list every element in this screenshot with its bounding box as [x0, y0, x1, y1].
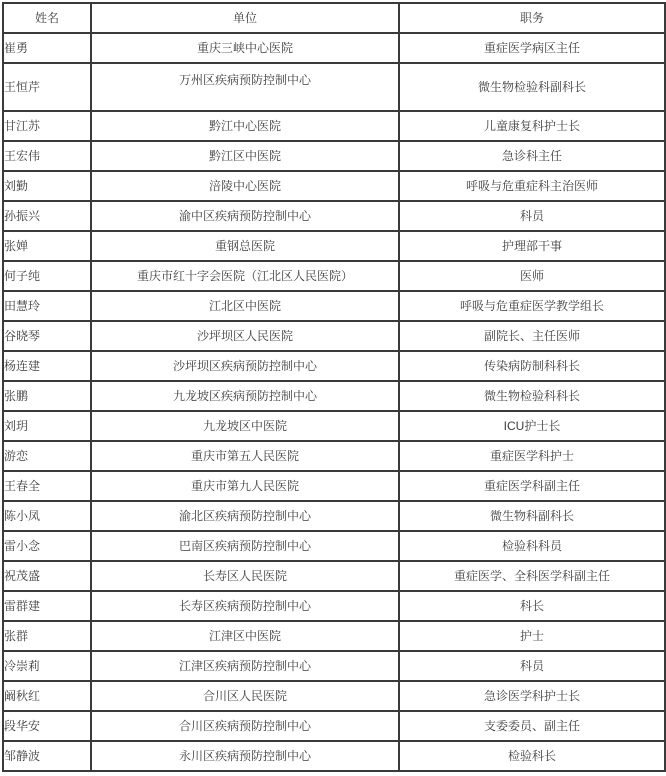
person-title-cell: 重症医学科副主任	[399, 471, 665, 501]
table-row: 刘玥 九龙坡区中医院 ICU护士长	[3, 411, 665, 441]
person-title-cell: 科员	[399, 201, 665, 231]
table-row: 田慧玲 江北区中医院 呼吸与危重症医学教学组长	[3, 291, 665, 321]
table-row: 段华安 合川区疾病预防控制中心 支委委员、副主任	[3, 711, 665, 741]
person-unit-cell: 九龙坡区疾病预防控制中心	[91, 381, 399, 411]
table-row: 刘勤 涪陵中心医院 呼吸与危重症科主治医师	[3, 171, 665, 201]
table-row: 谷晓琴 沙坪坝区人民医院 副院长、主任医师	[3, 321, 665, 351]
person-title-cell: 检验科科员	[399, 531, 665, 561]
person-unit-cell: 巴南区疾病预防控制中心	[91, 531, 399, 561]
person-name-cell: 刘玥	[3, 411, 91, 441]
person-unit-cell: 黔江区中医院	[91, 141, 399, 171]
table-row: 王恒芹 万州区疾病预防控制中心 微生物检验科副科长	[3, 63, 665, 111]
person-name-cell: 阚秋红	[3, 681, 91, 711]
person-unit-cell: 长寿区人民医院	[91, 561, 399, 591]
table-row: 冷崇莉 江津区疾病预防控制中心 科员	[3, 651, 665, 681]
person-name-cell: 田慧玲	[3, 291, 91, 321]
person-title-cell: 微生物检验科副科长	[399, 63, 665, 111]
table-row: 甘江苏 黔江中心医院 儿童康复科护士长	[3, 111, 665, 141]
person-unit-cell: 重庆市第九人民医院	[91, 471, 399, 501]
person-unit-cell: 江津区疾病预防控制中心	[91, 651, 399, 681]
person-name-cell: 杨连建	[3, 351, 91, 381]
person-title-cell: 急诊科主任	[399, 141, 665, 171]
person-title-cell: 微生物科副科长	[399, 501, 665, 531]
person-unit-cell: 长寿区疾病预防控制中心	[91, 591, 399, 621]
person-title-cell: 重症医学、全科医学科副主任	[399, 561, 665, 591]
table-header: 姓名 单位 职务	[3, 3, 665, 33]
person-name-cell: 何子纯	[3, 261, 91, 291]
person-unit-cell: 万州区疾病预防控制中心	[91, 63, 399, 111]
person-unit-cell: 重钢总医院	[91, 231, 399, 261]
person-unit-cell: 九龙坡区中医院	[91, 411, 399, 441]
table-row: 孙振兴 渝中区疾病预防控制中心 科员	[3, 201, 665, 231]
person-title-cell: 重症医学病区主任	[399, 33, 665, 63]
person-unit-cell: 渝北区疾病预防控制中心	[91, 501, 399, 531]
person-unit-cell: 江北区中医院	[91, 291, 399, 321]
person-name-cell: 游恋	[3, 441, 91, 471]
personnel-table: 姓名 单位 职务 崔勇 重庆三峡中心医院 重症医学病区主任 王恒芹 万州区疾病预…	[2, 2, 666, 772]
person-name-cell: 崔勇	[3, 33, 91, 63]
table-row: 祝茂盛 长寿区人民医院 重症医学、全科医学科副主任	[3, 561, 665, 591]
person-name-cell: 邹静波	[3, 741, 91, 771]
person-name-cell: 刘勤	[3, 171, 91, 201]
person-unit-cell: 涪陵中心医院	[91, 171, 399, 201]
person-title-cell: 呼吸与危重症科主治医师	[399, 171, 665, 201]
table-row: 王宏伟 黔江区中医院 急诊科主任	[3, 141, 665, 171]
person-title-cell: 急诊医学科护士长	[399, 681, 665, 711]
person-name-cell: 张群	[3, 621, 91, 651]
person-title-cell: 儿童康复科护士长	[399, 111, 665, 141]
table-row: 何子纯 重庆市红十字会医院（江北区人民医院） 医师	[3, 261, 665, 291]
person-name-cell: 谷晓琴	[3, 321, 91, 351]
column-header-title: 职务	[399, 3, 665, 33]
person-title-cell: 医师	[399, 261, 665, 291]
person-unit-cell: 江津区中医院	[91, 621, 399, 651]
person-title-cell: 传染病防制科科长	[399, 351, 665, 381]
table-row: 陈小凤 渝北区疾病预防控制中心 微生物科副科长	[3, 501, 665, 531]
person-title-cell: 副院长、主任医师	[399, 321, 665, 351]
person-name-cell: 孙振兴	[3, 201, 91, 231]
table-row: 游恋 重庆市第五人民医院 重症医学科护士	[3, 441, 665, 471]
person-title-cell: 呼吸与危重症医学教学组长	[399, 291, 665, 321]
person-name-cell: 张鹏	[3, 381, 91, 411]
person-title-cell: 护士	[399, 621, 665, 651]
person-unit-cell: 沙坪坝区疾病预防控制中心	[91, 351, 399, 381]
person-title-cell: 科员	[399, 651, 665, 681]
person-unit-cell: 重庆市红十字会医院（江北区人民医院）	[91, 261, 399, 291]
person-name-cell: 甘江苏	[3, 111, 91, 141]
table-row: 雷群建 长寿区疾病预防控制中心 科长	[3, 591, 665, 621]
person-name-cell: 雷群建	[3, 591, 91, 621]
person-unit-cell: 渝中区疾病预防控制中心	[91, 201, 399, 231]
person-name-cell: 王宏伟	[3, 141, 91, 171]
person-name-cell: 段华安	[3, 711, 91, 741]
person-unit-cell: 沙坪坝区人民医院	[91, 321, 399, 351]
table-row: 张鹏 九龙坡区疾病预防控制中心 微生物检验科科长	[3, 381, 665, 411]
table-row: 张婵 重钢总医院 护理部干事	[3, 231, 665, 261]
person-title-cell: 护理部干事	[399, 231, 665, 261]
table-row: 杨连建 沙坪坝区疾病预防控制中心 传染病防制科科长	[3, 351, 665, 381]
person-unit-cell: 永川区疾病预防控制中心	[91, 741, 399, 771]
person-unit-cell: 重庆市第五人民医院	[91, 441, 399, 471]
person-unit-cell: 合川区疾病预防控制中心	[91, 711, 399, 741]
table-row: 雷小念 巴南区疾病预防控制中心 检验科科员	[3, 531, 665, 561]
person-title-cell: 支委委员、副主任	[399, 711, 665, 741]
person-name-cell: 冷崇莉	[3, 651, 91, 681]
table-row: 崔勇 重庆三峡中心医院 重症医学病区主任	[3, 33, 665, 63]
person-title-cell: 检验科长	[399, 741, 665, 771]
column-header-unit: 单位	[91, 3, 399, 33]
person-name-cell: 祝茂盛	[3, 561, 91, 591]
table-row: 王春全 重庆市第九人民医院 重症医学科副主任	[3, 471, 665, 501]
table-body: 崔勇 重庆三峡中心医院 重症医学病区主任 王恒芹 万州区疾病预防控制中心 微生物…	[3, 33, 665, 771]
person-title-cell: ICU护士长	[399, 411, 665, 441]
header-row: 姓名 单位 职务	[3, 3, 665, 33]
person-title-cell: 科长	[399, 591, 665, 621]
person-name-cell: 王恒芹	[3, 63, 91, 111]
column-header-name: 姓名	[3, 3, 91, 33]
person-title-cell: 微生物检验科科长	[399, 381, 665, 411]
person-title-cell: 重症医学科护士	[399, 441, 665, 471]
table-row: 张群 江津区中医院 护士	[3, 621, 665, 651]
person-unit-cell: 重庆三峡中心医院	[91, 33, 399, 63]
person-name-cell: 张婵	[3, 231, 91, 261]
person-name-cell: 王春全	[3, 471, 91, 501]
person-unit-cell: 黔江中心医院	[91, 111, 399, 141]
person-name-cell: 雷小念	[3, 531, 91, 561]
table-row: 阚秋红 合川区人民医院 急诊医学科护士长	[3, 681, 665, 711]
person-unit-cell: 合川区人民医院	[91, 681, 399, 711]
person-name-cell: 陈小凤	[3, 501, 91, 531]
table-row: 邹静波 永川区疾病预防控制中心 检验科长	[3, 741, 665, 771]
